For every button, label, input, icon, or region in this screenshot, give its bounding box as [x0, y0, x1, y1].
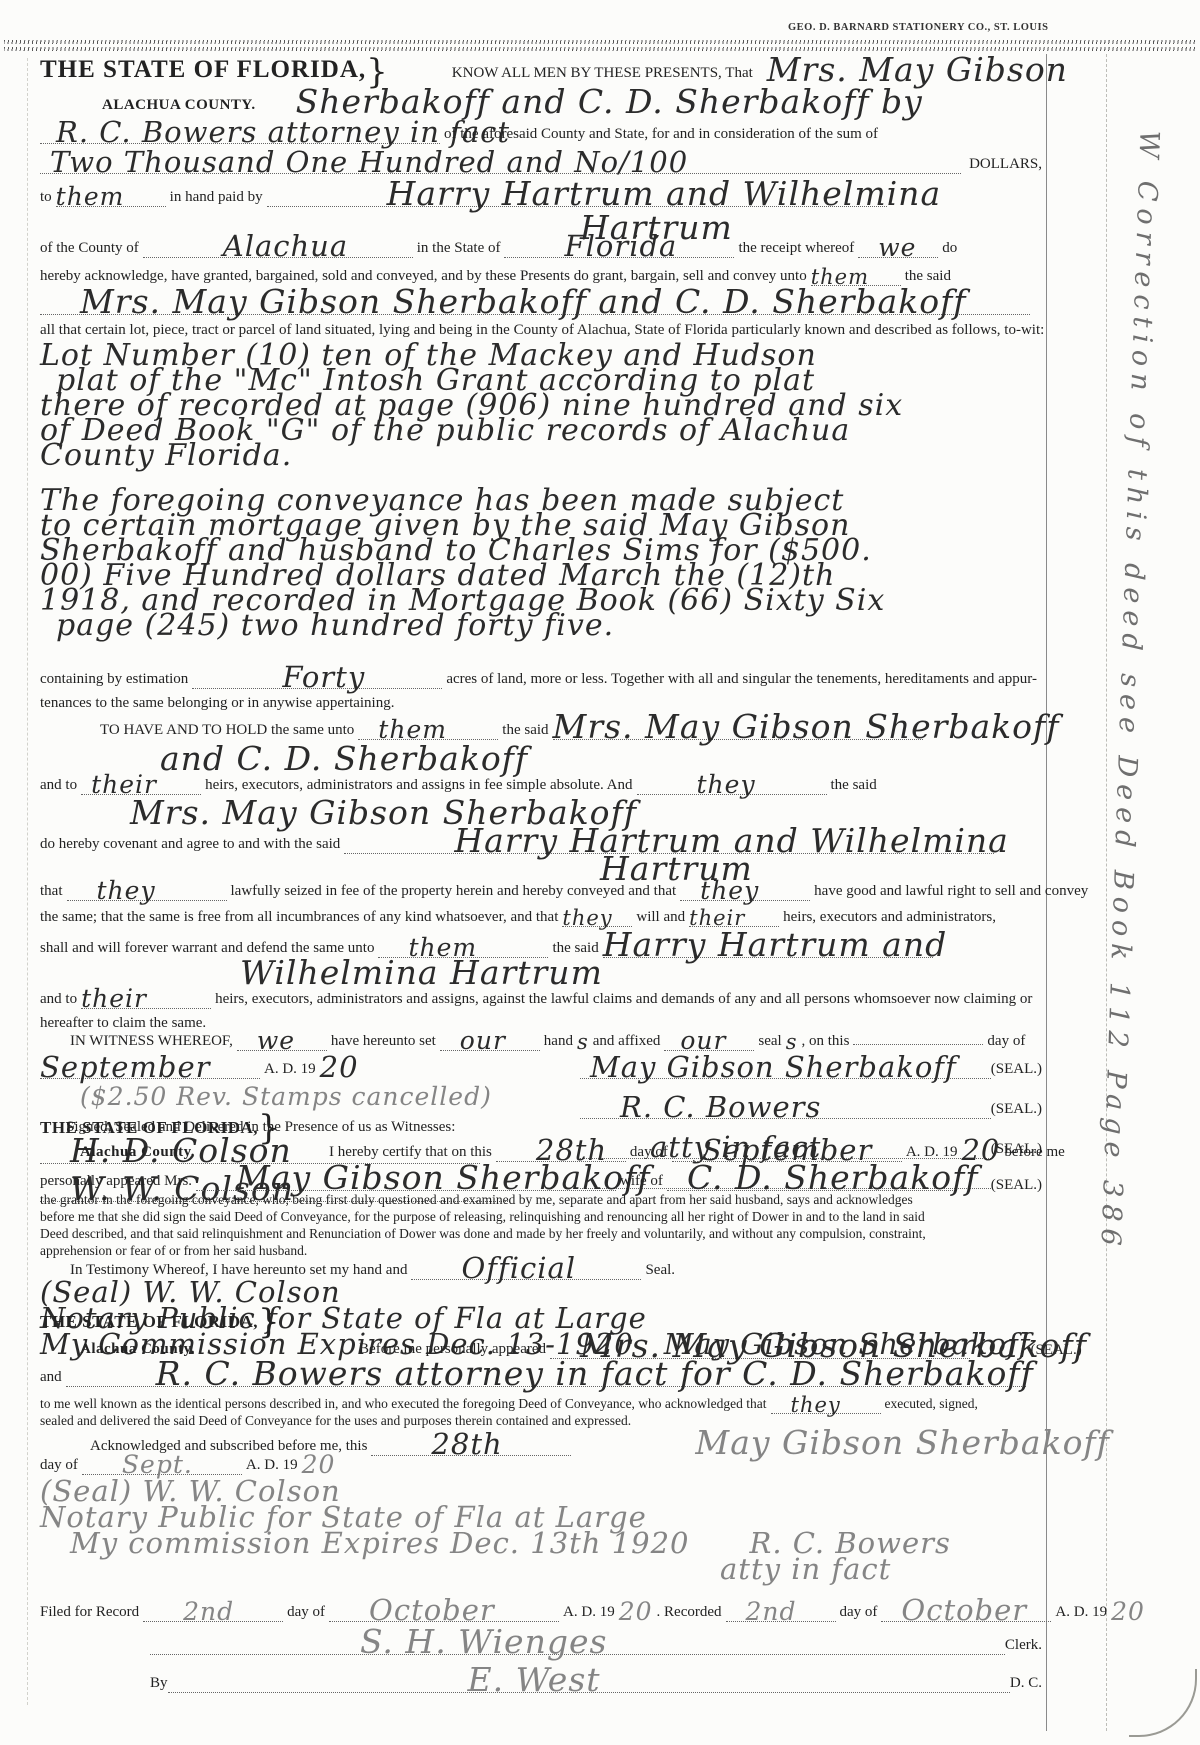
county-handwriting: Alachua: [223, 236, 348, 256]
legal-description-line: County Florida.: [40, 442, 1042, 467]
dc-label: D. C.: [1010, 1674, 1042, 1693]
grantor-signature-1: May Gibson Sherbakoff: [590, 1057, 957, 1077]
we-handwriting-1: we: [878, 239, 916, 257]
acres-text: acres of land, more or less. Together wi…: [446, 671, 1037, 687]
day-blank: [853, 1044, 983, 1045]
deed-state-heading: THE STATE OF FLORIDA,: [40, 56, 366, 83]
personally-appeared-text: personally appeared Mrs.: [40, 1173, 192, 1189]
s-handwriting-2: s: [786, 1035, 798, 1050]
that-label: that: [40, 883, 63, 899]
form-line: to me well known as the identical person…: [40, 1394, 1042, 1411]
filed-year-handwriting: 20: [619, 1603, 653, 1621]
filing-section: Filed for Record 2nd day of October A. D…: [40, 1600, 1042, 1702]
ad19-label-a: A. D. 19: [264, 1061, 316, 1077]
they-handwriting-3: they: [700, 882, 759, 900]
left-margin-rule: [27, 58, 28, 1705]
sum-handwriting: Two Thousand One Hundred and No/100: [50, 152, 688, 172]
notary1-state-heading: THE STATE OF FLORIDA,: [40, 1118, 258, 1137]
grantor-signature-2: R. C. Bowers: [620, 1097, 821, 1117]
form-line: before me that she did sign the said Dee…: [40, 1207, 1042, 1224]
notary2-month-handwriting: Sept.: [122, 1456, 193, 1474]
hatch-rule-top: [4, 40, 1196, 44]
deed-section: THE STATE OF FLORIDA,} KNOW ALL MEN BY T…: [40, 58, 1042, 1217]
notary2-seal-signature: (Seal) W. W. Colson: [40, 1481, 341, 1501]
official-handwriting: Official: [461, 1258, 576, 1278]
seal-label-1: (SEAL.): [991, 1061, 1042, 1078]
margin-note-handwriting: W Correction of this deed see Deed Book …: [1083, 130, 1165, 1590]
will-and-text: will and: [636, 909, 685, 925]
notary2-day-handwriting: 28th: [431, 1434, 502, 1454]
they-handwriting-4: they: [562, 911, 612, 926]
legal-handwriting-5: County Florida.: [40, 445, 292, 466]
grantors-handwriting-1: Mrs. May Gibson: [767, 58, 1068, 81]
form-line: ($2.50 Rev. Stamps cancelled): [40, 1087, 580, 1117]
deed-document-page: GEO. D. BARNARD STATIONERY CO., ST. LOUI…: [0, 0, 1200, 1745]
notary2-commission-handwriting: My commission Expires Dec. 13th 1920: [70, 1533, 690, 1553]
in-state-text: in the State of: [417, 240, 501, 256]
tenances-text: tenances to the same belonging or in any…: [40, 695, 394, 711]
the-said-label-2: the said: [502, 722, 548, 738]
in-witness-text: IN WITNESS WHEREOF,: [70, 1033, 233, 1049]
filed-month-handwriting: October: [369, 1600, 495, 1620]
their-handwriting-2: their: [689, 911, 745, 926]
do-label: do: [942, 240, 957, 256]
form-line: My commission Expires Dec. 13th 1920 R. …: [40, 1533, 1042, 1559]
aforesaid-text: of the aforesaid County and State, for a…: [444, 126, 878, 142]
form-line: the grantor in the foregoing conveyance,…: [40, 1190, 1042, 1207]
recorded-day-of-label: day of: [840, 1604, 878, 1620]
acres-handwriting: Forty: [282, 667, 365, 687]
of-county-text: of the County of: [40, 240, 139, 256]
the-said-label-3: the said: [831, 777, 877, 793]
notary2-grantor-signature-3: atty in fact: [720, 1559, 891, 1579]
printer-credit: GEO. D. BARNARD STATIONERY CO., ST. LOUI…: [788, 22, 1048, 33]
grantees-handwriting-2b: and C. D. Sherbakoff: [160, 747, 528, 770]
notary1-body-2: before me that she did sign the said Dee…: [40, 1209, 925, 1224]
form-line: to them in hand paid by Harry Hartrum an…: [40, 182, 1042, 216]
notary1-husband-handwriting: C. D. Sherbakoff: [687, 1166, 979, 1189]
page-corner-curve: [1129, 1669, 1197, 1737]
free-from-text: the same; that the same is free from all…: [40, 909, 558, 925]
seal-label-2: (SEAL.): [991, 1101, 1042, 1118]
day-of-label-1: day of: [987, 1033, 1025, 1049]
notary1-county-heading: Alachua County.: [80, 1144, 195, 1160]
notary2-appeared-handwriting-2: R. C. Bowers attorney in fact for C. D. …: [156, 1362, 1034, 1385]
and-to-label-2: and to: [40, 991, 77, 1007]
in-hand-paid-text: in hand paid by: [170, 189, 263, 205]
covenant-text: do hereby covenant and agree to and with…: [40, 836, 340, 852]
filed-for-record-label: Filed for Record: [40, 1604, 139, 1620]
lawful-right-text: have good and lawful right to sell and c…: [814, 883, 1088, 899]
defend-handwriting-2: Wilhelmina Hartrum: [240, 961, 603, 984]
revenue-stamps-note: ($2.50 Rev. Stamps cancelled): [80, 1088, 492, 1106]
notary1-appeared-handwriting: May Gibson Sherbakoff: [236, 1166, 650, 1189]
our-handwriting-2: our: [680, 1032, 726, 1050]
form-line: that they lawfully seized in fee of the …: [40, 881, 1042, 907]
filed-day-of-label: day of: [287, 1604, 325, 1620]
form-line: Deed described, and that said relinquish…: [40, 1224, 1042, 1241]
notary1-body-1: the grantor in the foregoing conveyance,…: [40, 1192, 913, 1207]
grantees-handwriting-2a: Mrs. May Gibson Sherbakoff: [553, 715, 1060, 738]
form-line: of the County of Alachua in the State of…: [40, 236, 1042, 266]
notary1-body-3: Deed described, and that said relinquish…: [40, 1226, 926, 1241]
their-handwriting-1: their: [91, 776, 157, 794]
deed-county-heading: ALACHUA COUNTY.: [102, 97, 256, 113]
heirs-text-1: heirs, executors, administrators and ass…: [205, 777, 632, 793]
their-handwriting-3: their: [81, 990, 147, 1008]
notary2-grantor-signature-1: May Gibson Sherbakoff: [695, 1431, 1109, 1454]
notary1-body-4: apprehension or fear of or from her said…: [40, 1243, 307, 1258]
they-handwriting-1: they: [697, 776, 756, 794]
known-text-1: to me well known as the identical person…: [40, 1396, 767, 1411]
grantees-handwriting-1: Mrs. May Gibson Sherbakoff and C. D. She…: [80, 290, 967, 313]
affixed-text: and affixed: [593, 1033, 661, 1049]
notary2-state-heading: THE STATE OF FLORIDA,: [40, 1312, 258, 1331]
form-line: hereafter to claim the same.: [40, 1013, 1042, 1031]
and-label: and: [40, 1369, 62, 1385]
recorded-ad19-label: A. D. 19: [1055, 1604, 1107, 1620]
grantors-handwriting-2: Sherbakoff and C. D. Sherbakoff by: [296, 90, 923, 113]
mortgage-note-line: page (245) two hundred forty five.: [40, 612, 1042, 637]
wife-of-label: wife of: [620, 1173, 663, 1189]
seal-word-label: Seal.: [645, 1262, 675, 1278]
seal-word: seal: [758, 1033, 781, 1049]
know-all-men-text: KNOW ALL MEN BY THESE PRESENTS, That: [452, 65, 753, 81]
form-line: do hereby covenant and agree to and with…: [40, 829, 1042, 857]
notary2-ad19-label: A. D. 19: [246, 1457, 298, 1473]
receipt-text: the receipt whereof: [738, 240, 854, 256]
heirs-text-2: heirs, executors and administrators,: [783, 909, 996, 925]
hereafter-text: hereafter to claim the same.: [40, 1015, 206, 1031]
form-line: and C. D. Sherbakoff: [40, 747, 1042, 775]
form-line: Hartrum: [40, 857, 1042, 881]
form-line: and to their heirs, executors, administr…: [40, 989, 1042, 1013]
to-label: to: [40, 189, 52, 205]
notary2-day-of-label: day of: [40, 1457, 78, 1473]
we-handwriting-2: we: [257, 1032, 295, 1050]
form-line: Mrs. May Gibson Sherbakoff and C. D. She…: [40, 290, 1042, 320]
form-line: By E. West D. C.: [150, 1668, 1042, 1702]
notary2-grantor-signature-2: R. C. Bowers: [750, 1533, 951, 1553]
them-handwriting-3: them: [378, 721, 447, 739]
them-handwriting-1: them: [56, 188, 125, 206]
notary1-seal-signature: (Seal) W. W. Colson: [40, 1282, 341, 1302]
filed-ad19-label: A. D. 19: [563, 1604, 615, 1620]
payers-handwriting-1: Harry Hartrum and Wilhelmina: [387, 182, 942, 205]
recorded-year-handwriting: 20: [1111, 1603, 1145, 1621]
mortgage-handwriting-6: page (245) two hundred forty five.: [56, 615, 614, 636]
hand-label: hand: [544, 1033, 573, 1049]
on-this-text: , on this: [801, 1033, 849, 1049]
spacer: [40, 637, 1042, 667]
before-me-text: before me: [1004, 1144, 1064, 1160]
month-handwriting-1: September: [40, 1057, 211, 1077]
s-handwriting-1: s: [577, 1035, 589, 1050]
known-text-3: sealed and delivered the said Deed of Co…: [40, 1413, 631, 1428]
form-line: personally appeared Mrs. May Gibson Sher…: [40, 1166, 1042, 1190]
all-that-text: all that certain lot, piece, tract or pa…: [40, 322, 1044, 338]
notary2-title-handwriting: Notary Public for State of Fla at Large: [40, 1507, 647, 1527]
attorney-handwriting: R. C. Bowers attorney in fact: [56, 122, 510, 142]
containing-text: containing by estimation: [40, 671, 188, 687]
form-line: atty in fact: [40, 1559, 1042, 1583]
form-line: and R. C. Bowers attorney in fact for C.…: [40, 1362, 1042, 1394]
hereunto-text: have hereunto set: [331, 1033, 436, 1049]
claims-text: heirs, executors, administrators and ass…: [215, 991, 1032, 1007]
state-handwriting: Florida: [564, 236, 677, 256]
notary2-year-handwriting: 20: [302, 1456, 336, 1474]
to-have-text: TO HAVE AND TO HOLD the same unto: [100, 722, 354, 738]
dollars-label: DOLLARS,: [969, 155, 1042, 174]
recorded-month-handwriting: October: [901, 1600, 1027, 1620]
seized-text: lawfully seized in fee of the property h…: [231, 883, 677, 899]
known-text-2: executed, signed,: [885, 1396, 978, 1411]
clerk-signature: S. H. Wienges: [360, 1630, 607, 1653]
they-handwriting-2: they: [97, 882, 156, 900]
clerk-label: Clerk.: [1005, 1636, 1042, 1655]
defend-handwriting-1: Harry Hartrum and: [603, 933, 948, 956]
form-line: containing by estimation Forty acres of …: [40, 667, 1042, 693]
notary-acknowledgment-2: THE STATE OF FLORIDA,} Alachua County. B…: [40, 1312, 1042, 1583]
deputy-clerk-signature: E. West: [468, 1668, 601, 1691]
and-to-label-1: and to: [40, 777, 77, 793]
recorded-label: . Recorded: [657, 1604, 722, 1620]
form-line: Wilhelmina Hartrum: [40, 961, 1042, 989]
filed-day-handwriting: 2nd: [183, 1603, 234, 1621]
by-label: By: [150, 1674, 168, 1693]
recorded-day-handwriting: 2nd: [746, 1603, 797, 1621]
year-handwriting-1: 20: [320, 1057, 359, 1077]
our-handwriting-1: our: [460, 1032, 506, 1050]
